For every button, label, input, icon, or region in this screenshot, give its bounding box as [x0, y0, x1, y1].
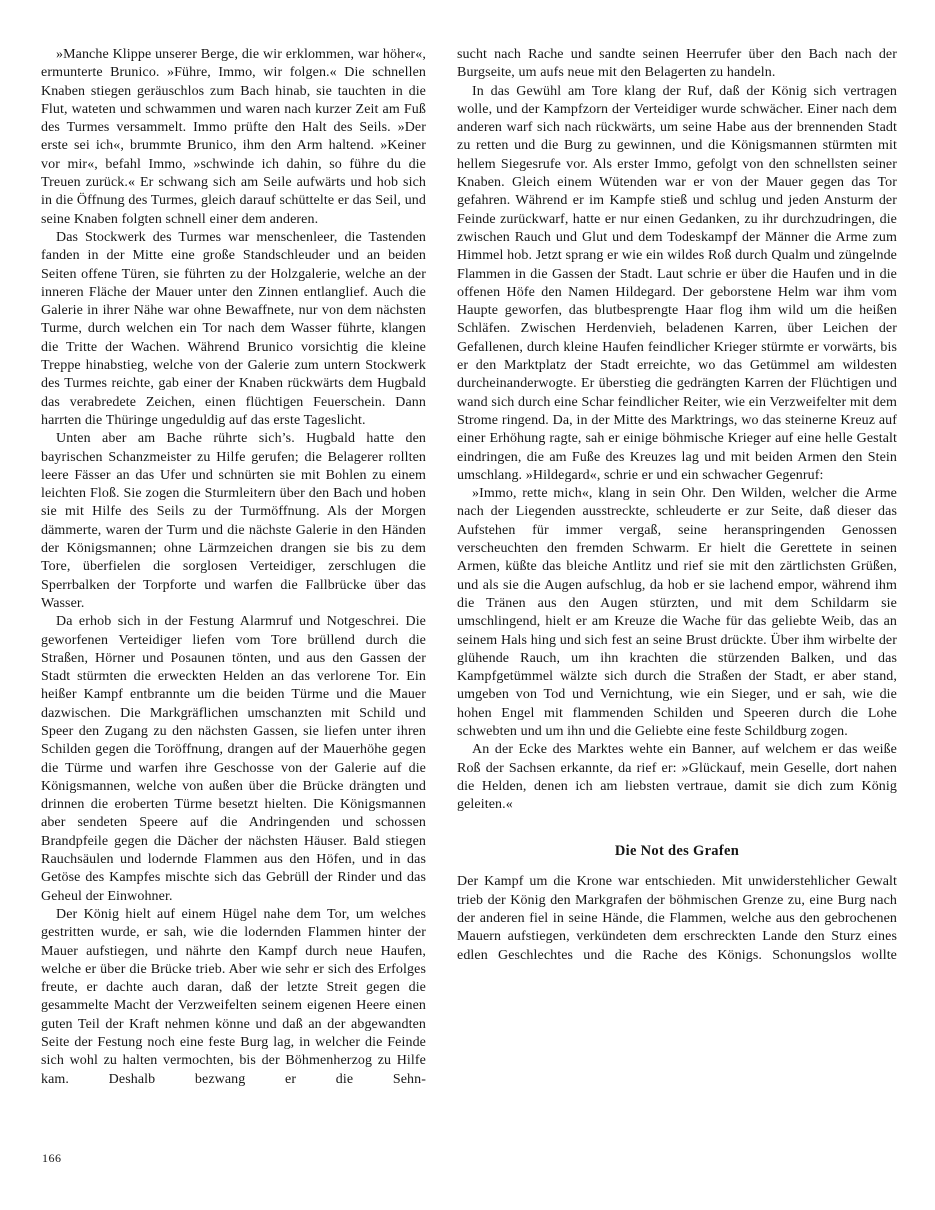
- paragraph: Der König hielt auf einem Hügel nahe dem…: [41, 906, 426, 1089]
- paragraph: Der Kampf um die Krone war entschieden. …: [457, 873, 897, 964]
- paragraph: Da erhob sich in der Festung Alarmruf un…: [41, 613, 426, 906]
- paragraph: An der Ecke des Marktes wehte ein Banner…: [457, 741, 897, 814]
- paragraph: In das Gewühl am Tore klang der Ruf, daß…: [457, 83, 897, 486]
- paragraph: Das Stockwerk des Turmes war menschenlee…: [41, 229, 426, 430]
- left-text-column: »Manche Klippe unserer Berge, die wir er…: [41, 46, 426, 1089]
- paragraph: sucht nach Rache und sandte seinen Heerr…: [457, 46, 897, 83]
- section-heading: Die Not des Grafen: [457, 842, 897, 860]
- paragraph: Unten aber am Bache rührte sich’s. Hugba…: [41, 430, 426, 613]
- paragraph: »Manche Klippe unserer Berge, die wir er…: [41, 46, 426, 229]
- page-number: 166: [42, 1151, 62, 1165]
- book-page: »Manche Klippe unserer Berge, die wir er…: [0, 0, 935, 1210]
- right-text-column: sucht nach Rache und sandte seinen Heerr…: [457, 46, 897, 965]
- paragraph: »Immo, rette mich«, klang in sein Ohr. D…: [457, 485, 897, 741]
